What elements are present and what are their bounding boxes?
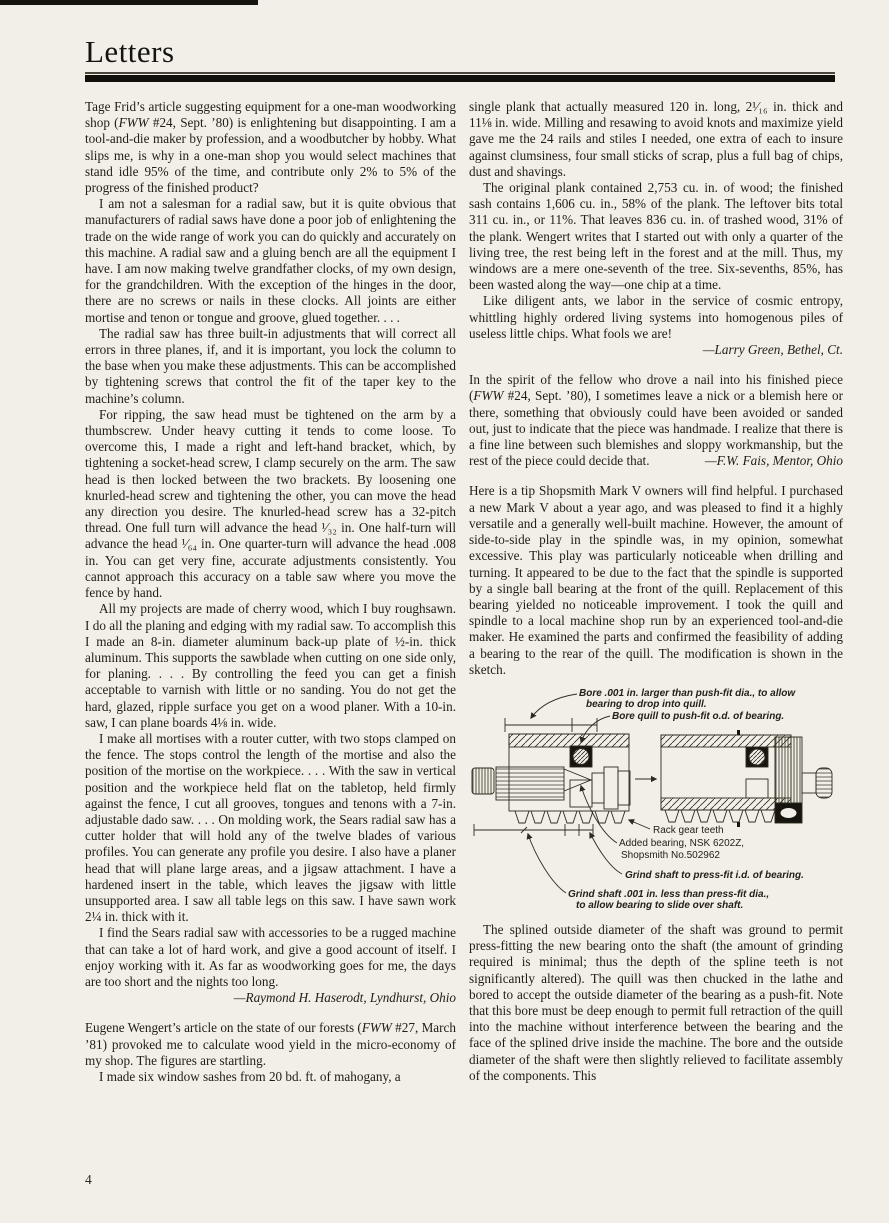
label-grind-less-line1: Grind shaft .001 in. less than press-fit… [568,889,769,900]
fww-citation: FWW [473,388,503,403]
letter1-paragraph-7: I find the Sears radial saw with accesso… [85,925,456,990]
two-column-body: Tage Frid’s article suggesting equipment… [85,99,843,1085]
right-column: single plank that actually measured 120 … [469,99,843,1085]
rack-teeth-left [515,811,625,823]
letter2-continued-paragraph-2: The original plank contained 2,753 cu. i… [469,180,843,293]
letter2-paragraph-2: I made six window sashes from 20 bd. ft.… [85,1069,456,1085]
letter1-paragraph-2: I am not a salesman for a radial saw, bu… [85,196,456,326]
header-rule-thin [85,72,835,74]
letter1-signature: —Raymond H. Haserodt, Lyndhurst, Ohio [85,990,456,1006]
fww-citation: FWW [119,115,149,130]
header-rule-thick [85,75,835,82]
label-added-bearing-line2: Shopsmith No.502962 [621,850,720,861]
shaft-stub [802,773,816,793]
text-run: Eugene Wengert’s article on the state of… [85,1020,362,1035]
scan-edge-artifact [0,0,258,5]
left-column: Tage Frid’s article suggesting equipment… [85,99,456,1085]
label-bore-allow-line2: bearing to drop into quill. [586,699,707,710]
leader-rack-gear [629,820,650,829]
rack-teeth-right [665,810,775,822]
letter1-paragraph-4: For ripping, the saw head must be tighte… [85,407,456,601]
label-bore-allow-line1: Bore .001 in. larger than push-fit dia.,… [579,688,796,699]
quill-bearing-diagram: Bore .001 in. larger than push-fit dia.,… [469,687,843,915]
page-title: Letters [85,34,835,70]
leader-grind-press [590,833,622,874]
letter2-paragraph-1: Eugene Wengert’s article on the state of… [85,1020,456,1069]
letter1-paragraph-1: Tage Frid’s article suggesting equipment… [85,99,456,196]
left-knob [472,768,494,794]
label-rack-gear-teeth: Rack gear teeth [653,825,724,836]
letter2-continued-paragraph-1: single plank that actually measured 120 … [469,99,843,180]
letter1-paragraph-5: All my projects are made of cherry wood,… [85,601,456,731]
letter2-signature: —Larry Green, Bethel, Ct. [469,342,843,358]
leader-grind-less [528,834,566,893]
magazine-page: Letters Tage Frid’s article suggesting e… [0,0,889,1223]
leader-bore-allow [531,694,577,718]
label-grind-less-line2: to allow bearing to slide over shaft. [576,900,743,911]
leader-added-bearing [581,786,617,843]
label-bore-quill: Bore quill to push-fit o.d. of bearing. [612,711,784,722]
knurled-ring [775,737,802,803]
fww-citation: FWW [362,1020,392,1035]
letter4-paragraph-1: Here is a tip Shopsmith Mark V owners wi… [469,483,843,677]
letter1-paragraph-3: The radial saw has three built-in adjust… [85,326,456,407]
splined-shaft [496,767,564,800]
masthead: Letters [85,34,835,82]
letter1-paragraph-6: I make all mortises with a router cutter… [85,731,456,925]
label-added-bearing-line1: Added bearing, NSK 6202Z, [619,838,744,849]
letter4-paragraph-2: The splined outside diameter of the shaf… [469,922,843,1084]
page-number: 4 [85,1172,92,1188]
label-grind-press: Grind shaft to press-fit i.d. of bearing… [625,870,804,881]
letter2-continued-paragraph-3: Like diligent ants, we labor in the serv… [469,293,843,342]
